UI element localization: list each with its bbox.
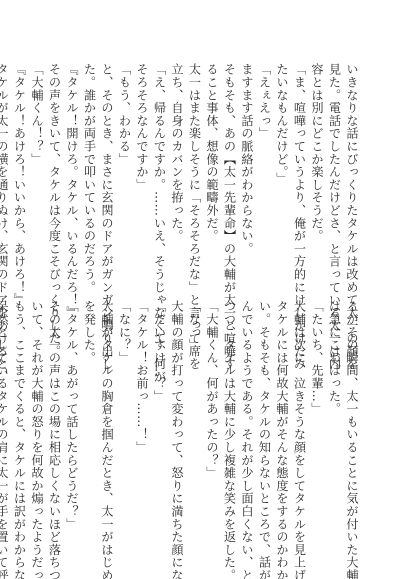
text-line: 「なっ」	[185, 300, 203, 525]
text-line: そもそも、あの【太一先輩命】の大輔が太一と喧嘩す	[220, 63, 238, 288]
text-line: タケルには何故大輔がそんな態度をするのかわからな	[273, 300, 291, 525]
text-line: ること事体、想像の範疇外だ。	[203, 63, 221, 288]
text-line: 見た。電話でしたんだけどさ、と言っている太一は内	[325, 63, 343, 288]
text-line: た。誰かが両手で叩いているのだろう。	[80, 63, 98, 288]
text-line: そろそろなんですか」	[133, 63, 151, 288]
text-line: るがその瞬間、太一もいることに気が付いた大輔の顔	[343, 300, 361, 525]
text-line: 大輔がタケルの胸倉を掴んだとき、太一がはじめて声	[98, 300, 116, 525]
text-line: 容とは別にどこか楽しそうだ。	[308, 63, 326, 288]
text-line: んでいるようである。それが少し面白くない、と感じ	[238, 300, 256, 525]
text-line: 大輔は次に、泣きそうな顔をしてタケルを見上げたが、	[290, 300, 308, 525]
text-line: 太一はまた楽しそうに「そろそろだな」と言って席を	[185, 63, 203, 288]
text-line: いきなりな話にびっくりたタケルは改めて太一の顔を	[343, 63, 361, 288]
text-block-top: いきなりな話にびっくりたタケルは改めて太一の顔を 見た。電話でしたんだけどさ、と…	[0, 63, 360, 288]
text-line: 「大輔くん、何があったの？」	[203, 300, 221, 525]
text-line: 立ち、自身のカバンを拵った。	[168, 63, 186, 288]
text-line: 「もう、わかる」	[115, 63, 133, 288]
text-line: もう、ここまでくると、タケルには訳がわからない。	[10, 300, 28, 525]
text-line: を発した。	[80, 300, 98, 525]
text-line: 「だいすけ…？」	[150, 300, 168, 525]
text-line: 呆然としているタケルの肩に太一が手を置いて呼びか	[0, 300, 10, 525]
text-line: 「え、帰るんですか。……いえ、そうじゃなくて、何が	[150, 63, 168, 288]
text-line: 『タケル！あけろ！いいから、あけろ！』	[10, 63, 28, 288]
text-line: 「えぇえっ」	[255, 63, 273, 288]
text-block-bottom: るがその瞬間、太一もいることに気が付いた大輔の顔 は急にこわばった。 「たいち、…	[0, 300, 360, 525]
text-line: は急にこわばった。	[325, 300, 343, 525]
text-line: 大輔の顔が打って変わって、怒りに満ちた顔になった。	[168, 300, 186, 525]
text-line: 「タケル、あがって話したらどうだ？」	[63, 300, 81, 525]
text-line: 「ま、喧嘩っていうより、俺が一方的にけしかけたみ	[290, 63, 308, 288]
text-line: 『タケル！開けろ。タケル、いるんだろ！』	[63, 63, 81, 288]
text-line: いて、それが大輔の怒りを何故か煽ったようだった。	[28, 300, 46, 525]
text-line: つつ、タケルは大輔に少し複雑な笑みを返した。	[220, 300, 238, 525]
text-line: たいなもんだけど。」	[273, 63, 291, 288]
text-line: ますます話の脈絡がわからない。	[238, 63, 256, 288]
text-line: い。そもそも、タケルの知らないところで、話がすす	[255, 300, 273, 525]
text-line: と、そのとき、まさに玄関のドアがガンガン鳴り出し	[98, 63, 116, 288]
text-line: 「なに？」	[115, 300, 133, 525]
novel-page: いきなりな話にびっくりたタケルは改めて太一の顔を 見た。電話でしたんだけどさ、と…	[0, 0, 400, 579]
text-line: 「たいち、先輩…」	[308, 300, 326, 525]
text-line: 「タケル！お前っ……！」	[133, 300, 151, 525]
text-line: その太一の声はこの場に相応しくないほど落ちついて	[45, 300, 63, 525]
text-line: タケルが太一の横を通りぬけ、玄関のドアをあけると、	[0, 63, 10, 288]
text-line: 「大輔くん！？」	[28, 63, 46, 288]
text-line: その声をきいて、タケルは今度こそびっくりした。	[45, 63, 63, 288]
